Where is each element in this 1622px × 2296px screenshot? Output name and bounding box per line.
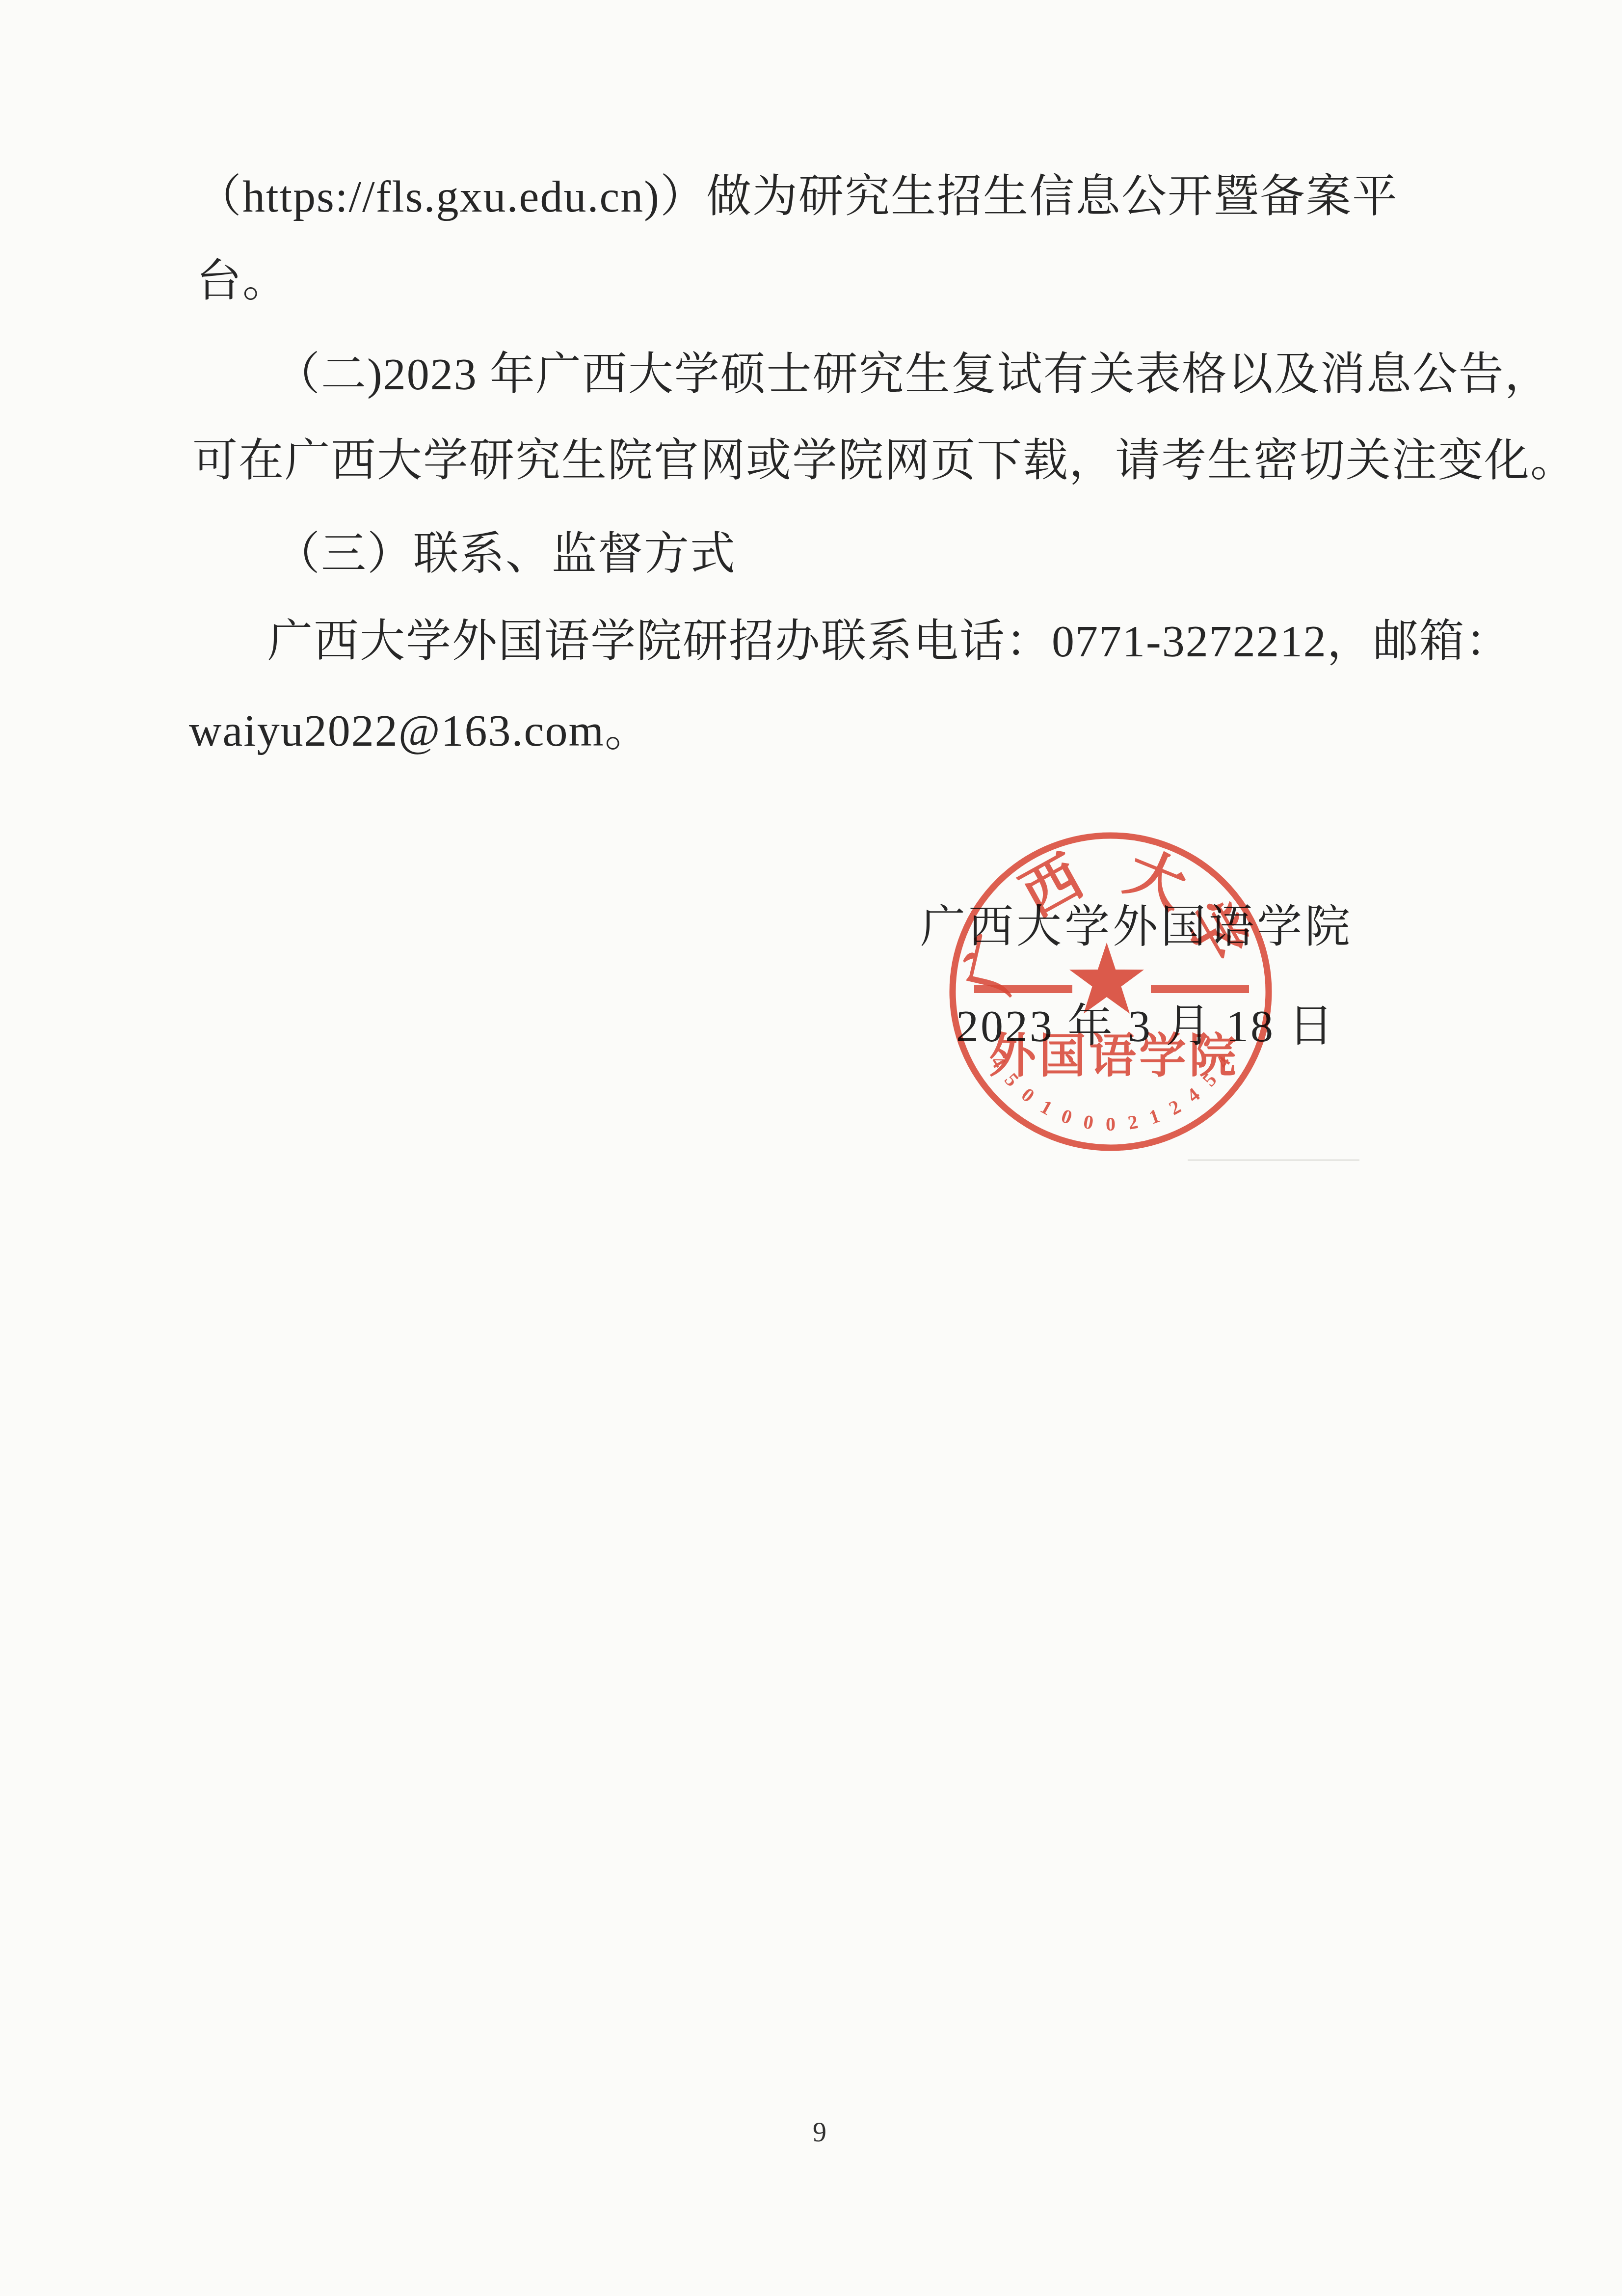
official-seal: 广 西 大 学 外国语学院 4501000212454 bbox=[942, 827, 1276, 1156]
document-page: （https://fls.gxu.edu.cn)）做为研究生招生信息公开暨备案平… bbox=[0, 0, 1622, 2296]
body-line-email: waiyu2022@163.com。 bbox=[189, 706, 651, 756]
body-line-url: （https://fls.gxu.edu.cn)）做为研究生招生信息公开暨备案平 bbox=[196, 172, 1398, 221]
seal-serial-digit: 1 bbox=[1146, 1105, 1163, 1129]
seal-serial-digit: 0 bbox=[1017, 1083, 1039, 1107]
body-line-item3-heading: （三）联系、监督方式 bbox=[275, 529, 736, 579]
seal-serial-digit: 1 bbox=[1037, 1095, 1056, 1119]
body-line-item2: （二)2023 年广西大学硕士研究生复试有关表格以及消息公告， bbox=[275, 350, 1551, 399]
seal-serial-digit: 2 bbox=[1126, 1110, 1140, 1134]
seal-serial-digit: 4 bbox=[1182, 1083, 1204, 1107]
seal-serial-digit: 0 bbox=[1082, 1110, 1095, 1134]
seal-left-dash bbox=[974, 985, 1072, 993]
seal-serial-digit: 0 bbox=[1059, 1105, 1075, 1129]
body-line-contact: 广西大学外国语学院研招办联系电话：0771-3272212，邮箱： bbox=[267, 617, 1512, 666]
seal-arc-char: 西 bbox=[1011, 844, 1093, 929]
scan-artifact-line bbox=[1188, 1160, 1359, 1161]
seal-star-icon bbox=[1069, 943, 1144, 1014]
seal-right-dash bbox=[1151, 985, 1249, 993]
seal-serial-digit: 2 bbox=[1165, 1095, 1184, 1119]
body-line-item2-wrap: 可在广西大学研究生院官网或学院网页下载，请考生密切关注变化。 bbox=[192, 436, 1576, 486]
page-number: 9 bbox=[800, 2117, 839, 2148]
body-line-url-wrap: 台。 bbox=[196, 256, 289, 306]
seal-serial-digit: 0 bbox=[1106, 1113, 1116, 1135]
